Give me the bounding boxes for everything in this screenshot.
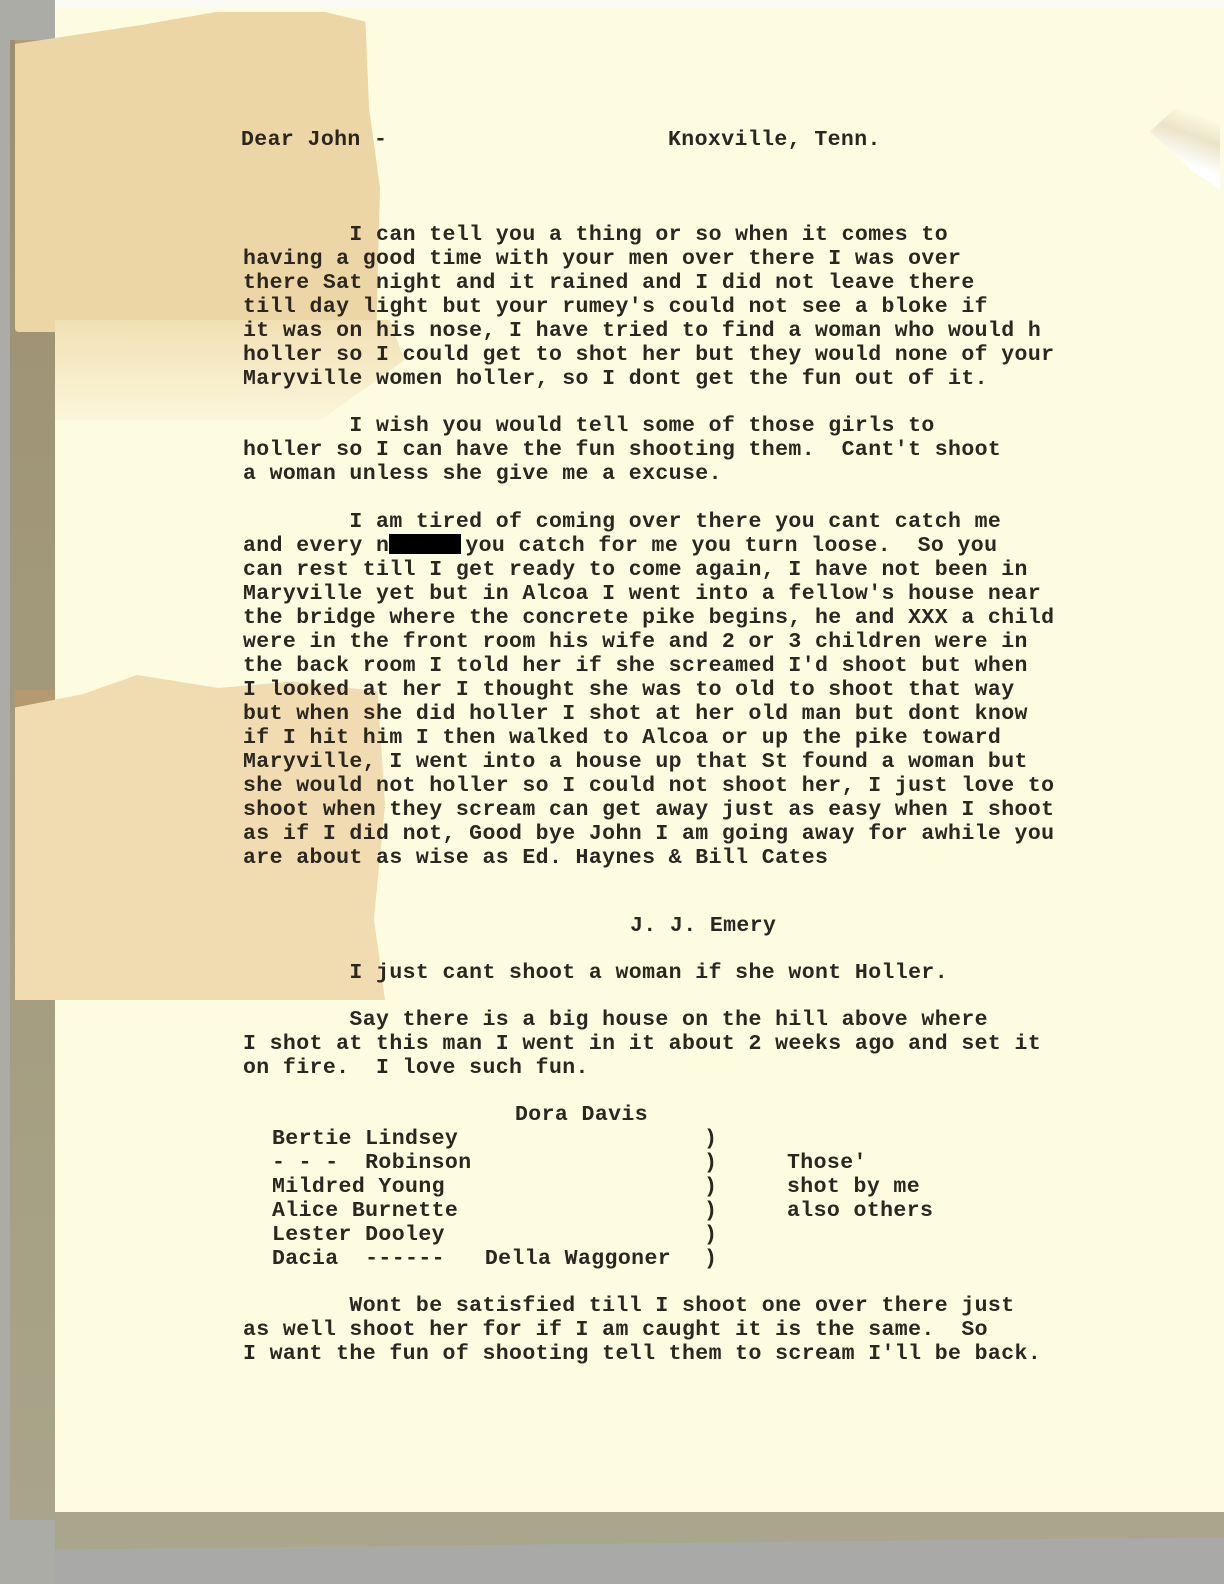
paragraph-line: she would not holler so I could not shoo… <box>243 774 1054 798</box>
paragraph-line: Wont be satisfied till I shoot one over … <box>243 1294 1015 1318</box>
paragraph-line: having a good time with your men over th… <box>243 247 961 271</box>
paragraph-line: Maryville yet but in Alcoa I went into a… <box>243 582 1041 606</box>
bracket: ) <box>704 1199 717 1223</box>
paragraph-line: are about as wise as Ed. Haynes & Bill C… <box>243 846 828 870</box>
bracket: ) <box>704 1223 717 1247</box>
signature: J. J. Emery <box>630 914 776 938</box>
list-item: Alice Burnette <box>272 1199 458 1223</box>
paragraph-line: Maryville, I went into a house up that S… <box>243 750 1028 774</box>
line-start: and every n <box>243 534 389 558</box>
paragraph-line: it was on his nose, I have tried to find… <box>243 319 1041 343</box>
line-end: you catch for me you turn loose. So you <box>465 534 997 558</box>
paragraph-3-line-1: I am tired of coming over there you cant… <box>243 510 1001 534</box>
paragraph-line: holler so I could get to shot her but th… <box>243 343 1054 367</box>
note-line: Those' <box>787 1151 867 1175</box>
paragraph-line: I want the fun of shooting tell them to … <box>243 1342 1041 1366</box>
list-item: Mildred Young <box>272 1175 445 1199</box>
paragraph-line: shoot when they scream can get away just… <box>243 798 1054 822</box>
paragraph-line: if I hit him I then walked to Alcoa or u… <box>243 726 1001 750</box>
bracket: ) <box>704 1247 717 1271</box>
list-item: - - - Robinson <box>272 1151 472 1175</box>
list-item: Bertie Lindsey <box>272 1127 458 1151</box>
paragraph-line: holler so I can have the fun shooting th… <box>243 438 1001 462</box>
paragraph-line: as well shoot her for if I am caught it … <box>243 1318 988 1342</box>
paragraph-line: as if I did not, Good bye John I am goin… <box>243 822 1054 846</box>
list-item: Dacia ------ Della Waggoner <box>272 1247 671 1271</box>
postscript-1: I just cant shoot a woman if she wont Ho… <box>243 961 948 985</box>
paragraph-line: I wish you would tell some of those girl… <box>243 414 935 438</box>
paragraph-line: till day light but your rumey's could no… <box>243 295 988 319</box>
salutation: Dear John - <box>241 128 387 152</box>
bracket: ) <box>704 1151 717 1175</box>
letter-text: Dear John - Knoxville, Tenn. I can tell … <box>0 0 1224 1584</box>
paragraph-line: were in the front room his wife and 2 or… <box>243 630 1028 654</box>
paragraph-line: can rest till I get ready to come again,… <box>243 558 1028 582</box>
bracket: ) <box>704 1127 717 1151</box>
redaction-box <box>389 534 461 554</box>
paragraph-line: the bridge where the concrete pike begin… <box>243 606 1054 630</box>
paragraph-3-line-2: and every nyou catch for me you turn loo… <box>243 534 997 558</box>
paragraph-line: I shot at this man I went in it about 2 … <box>243 1032 1041 1056</box>
bracket: ) <box>704 1175 717 1199</box>
paragraph-line: a woman unless she give me a excuse. <box>243 462 722 486</box>
place-line: Knoxville, Tenn. <box>668 128 881 152</box>
paragraph-line: I can tell you a thing or so when it com… <box>243 223 948 247</box>
list-header: Dora Davis <box>515 1103 648 1127</box>
paragraph-line: there Sat night and it rained and I did … <box>243 271 975 295</box>
paragraph-line: on fire. I love such fun. <box>243 1056 589 1080</box>
list-item: Lester Dooley <box>272 1223 445 1247</box>
note-line: also others <box>787 1199 933 1223</box>
note-line: shot by me <box>787 1175 920 1199</box>
paragraph-line: I looked at her I thought she was to old… <box>243 678 1015 702</box>
paragraph-line: Maryville women holler, so I dont get th… <box>243 367 988 391</box>
paragraph-line: but when she did holler I shot at her ol… <box>243 702 1028 726</box>
paragraph-line: Say there is a big house on the hill abo… <box>243 1008 988 1032</box>
paragraph-line: the back room I told her if she screamed… <box>243 654 1028 678</box>
